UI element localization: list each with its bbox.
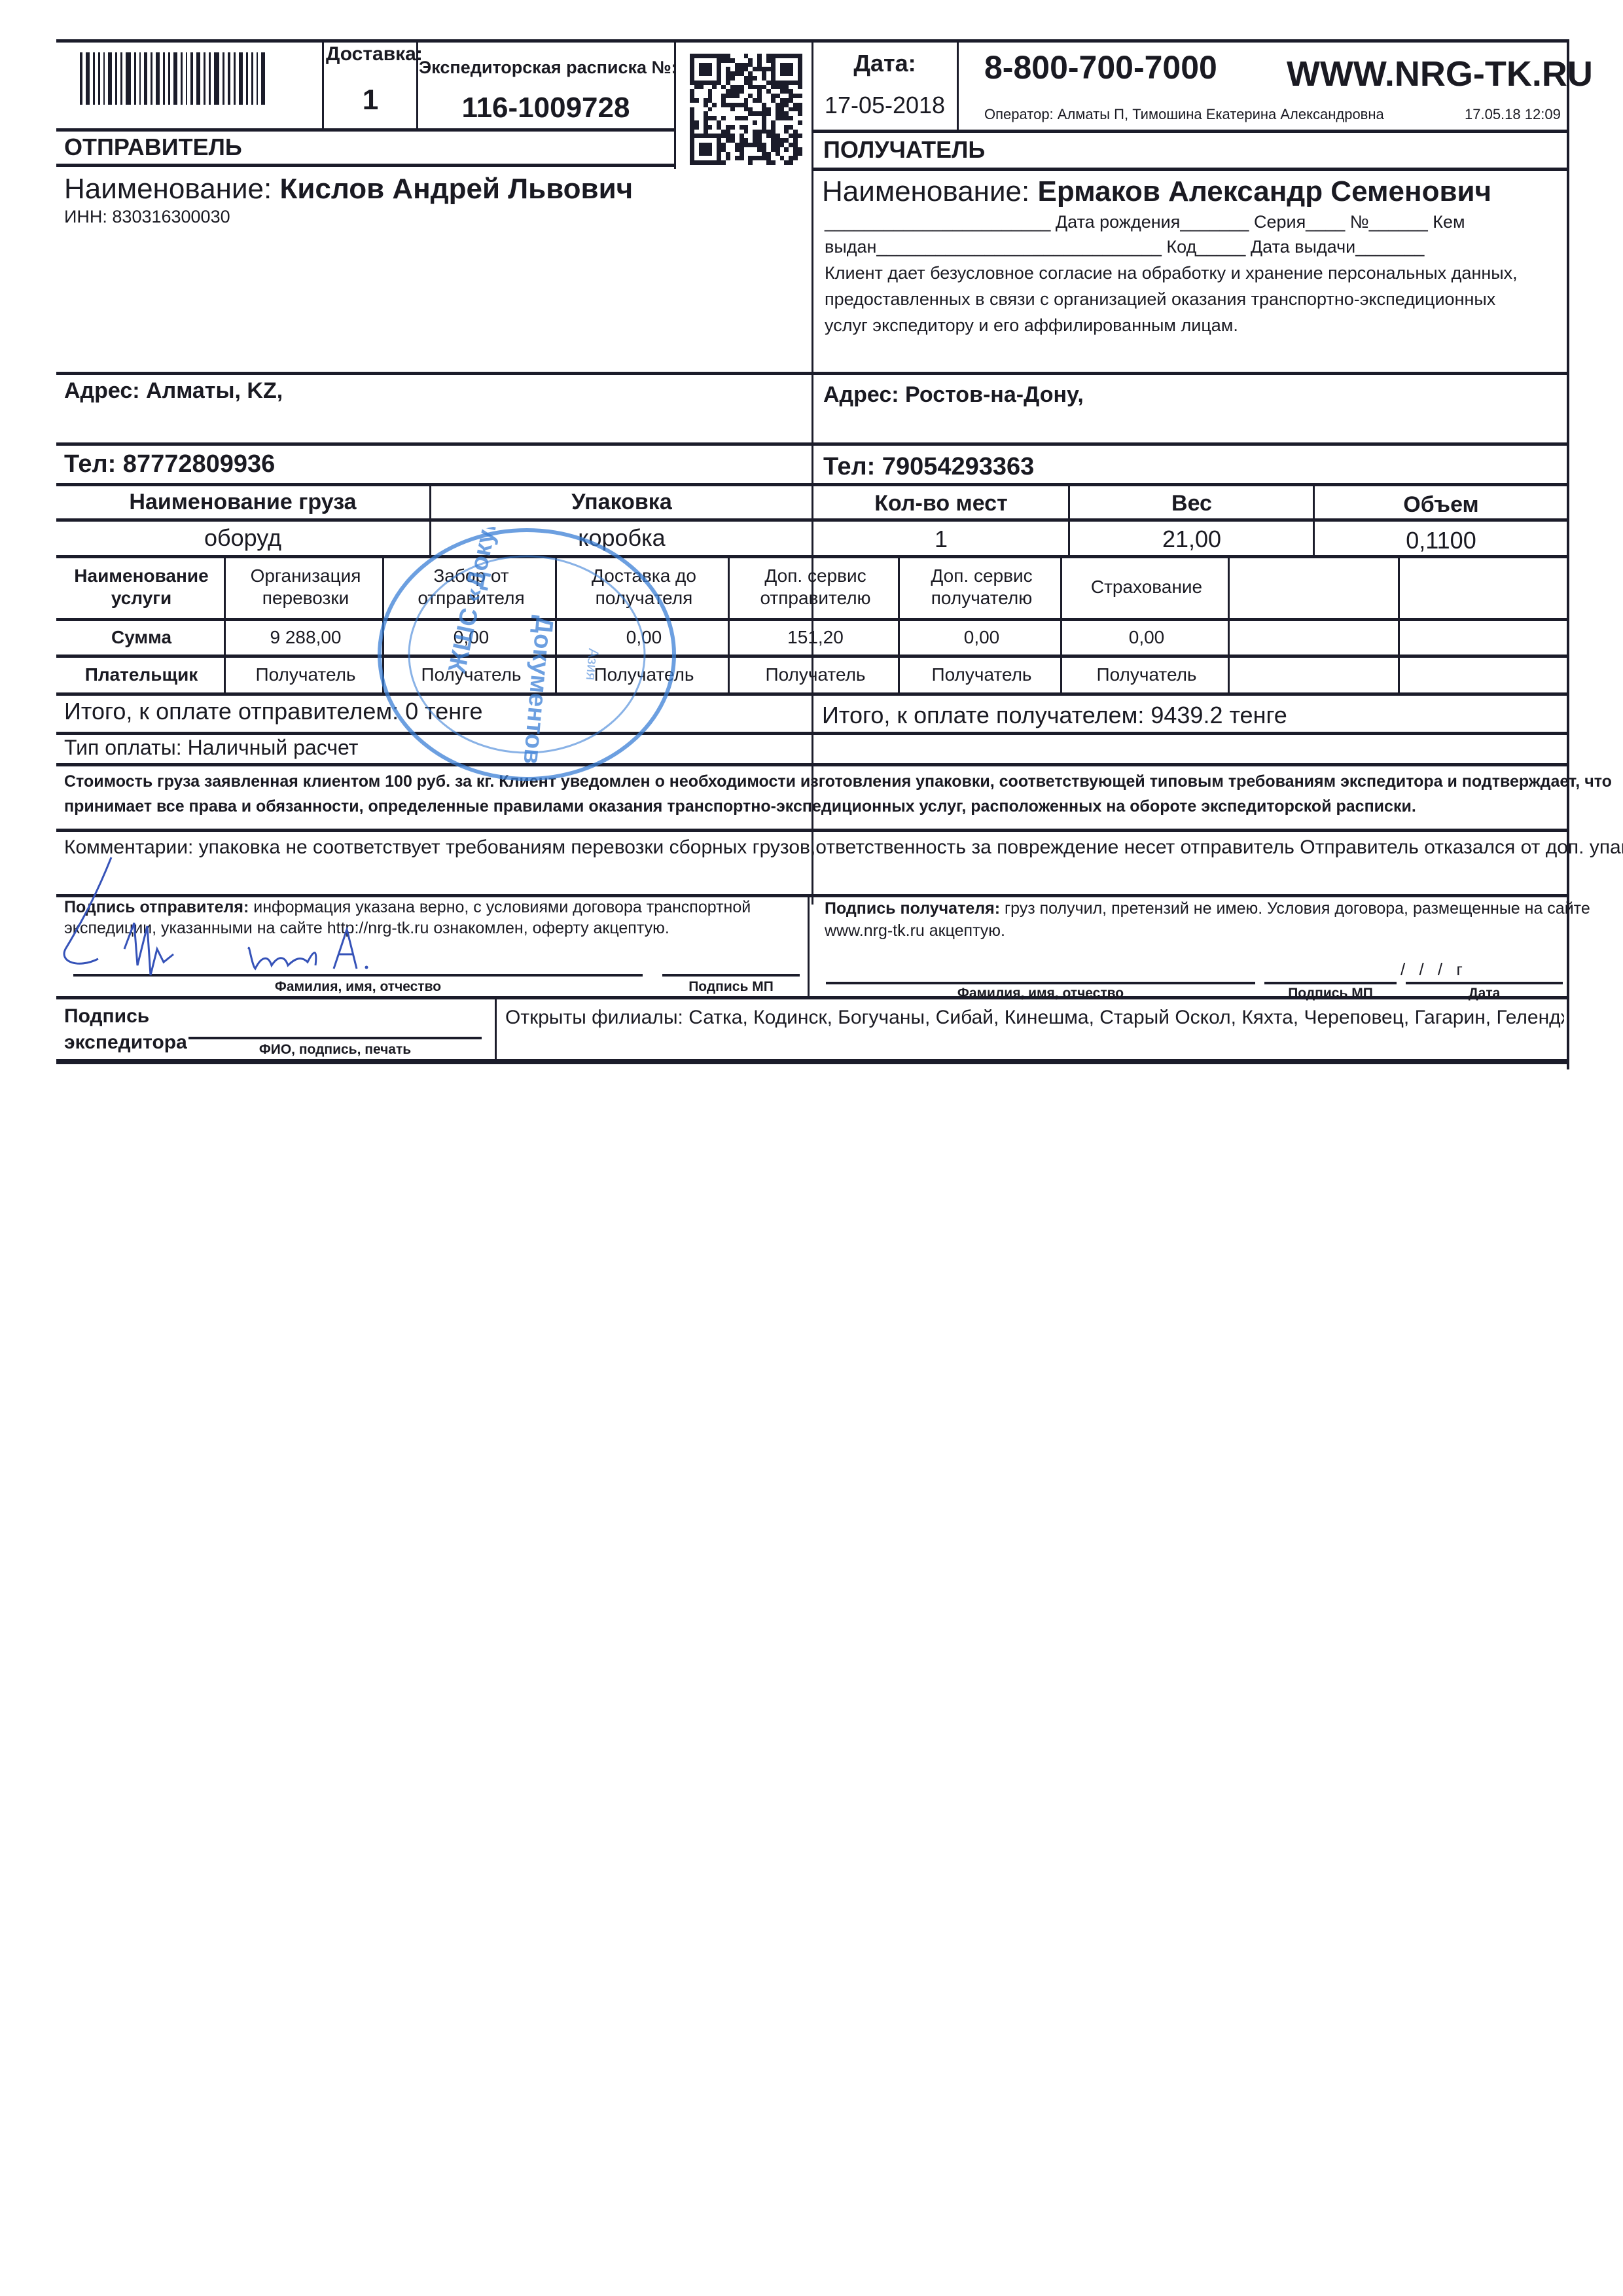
divider [811,130,1569,133]
sender-inn: ИНН: 830316300030 [64,207,230,227]
divider [1060,556,1062,694]
qr-code-icon [690,54,802,165]
services-payer-row-cell: Получатель [903,657,1060,692]
services-amount-row-cell: 0,00 [387,620,555,655]
divider [1398,556,1400,694]
services-payer-row-cell: Получатель [229,657,382,692]
timestamp: 17.05.18 12:09 [1465,106,1561,123]
divider [56,164,675,167]
sender-total: Итого, к оплате отправителем: 0 тенге [64,698,483,725]
receipt-label: Экспедиторская расписка №: [419,58,673,78]
recipient-id-line-2: выдан_____________________________ Код__… [825,237,1424,257]
sender-phone: Тел: 87772809936 [64,450,275,478]
divider [56,128,675,132]
cargo-header-weight: Вес [1071,487,1313,520]
services-headers-cell: Забор от отправителя [387,556,555,618]
consent-line-3: услуг экспедитору и его аффилированным л… [825,315,1238,336]
divider [56,692,1569,696]
notice-line-1: Стоимость груза заявленная клиентом 100 … [64,772,1612,791]
sender-section-title: ОТПРАВИТЕЛЬ [64,134,242,161]
branches-list: Открыты филиалы: Сатка, Кодинск, Богучан… [505,1007,1564,1029]
recipient-signature-text-1: Подпись получателя: груз получил, претен… [825,899,1590,918]
cargo-header-volume: Объем [1315,488,1567,521]
delivery-value: 1 [326,84,415,117]
cargo-header-packaging: Упаковка [432,486,811,518]
services-payer-row-cell [1233,657,1398,692]
sender-address: Адрес: Алматы, KZ, [64,378,283,404]
recipient-stamp-line[interactable] [1264,982,1397,984]
services-headers-cell: Наименование услуги [59,556,224,618]
services-amount-row-cell: Сумма [59,620,224,655]
services-headers-cell: Доставка до получателя [560,556,728,618]
company-website[interactable]: WWW.NRG-TK.RU [1287,54,1593,94]
cargo-value-name: оборуд [56,521,429,555]
divider [56,829,1569,832]
services-headers-cell: Организация перевозки [229,556,382,618]
sender-name-label: Наименование: [64,173,272,205]
divider [1068,484,1070,556]
services-amount-row-cell: 0,00 [903,620,1060,655]
recipient-address: Адрес: Ростов-на-Дону, [823,382,1084,408]
cargo-value-weight: 21,00 [1071,522,1313,556]
receipt-number: 116-1009728 [419,92,673,124]
recipient-name-value: Ермаков Александр Семенович [1037,175,1491,207]
divider [1313,484,1315,556]
cargo-header-places: Кол-во мест [814,487,1068,520]
divider [898,556,900,694]
services-headers-cell: Доп. сервис отправителю [733,556,898,618]
recipient-date-line[interactable] [1406,982,1563,984]
sender-name-value: Кислов Андрей Львович [279,173,633,205]
divider [382,556,384,694]
divider [808,895,810,997]
recipient-total: Итого, к оплате получателем: 9439.2 тенг… [822,702,1287,729]
date-value: 17-05-2018 [814,92,955,119]
services-headers-cell [1233,556,1398,618]
cargo-value-packaging: коробка [432,521,811,555]
recipient-date-caption: Дата [1406,986,1563,1001]
recipient-id-line-1: _______________________ Дата рождения___… [825,212,1465,232]
handwritten-signature-icon [59,851,452,1008]
services-amount-row-cell [1403,620,1564,655]
services-amount-row-cell: 9 288,00 [229,620,382,655]
divider [56,732,1569,735]
consent-line-2: предоставленных в связи с организацией о… [825,289,1495,310]
services-payer-row-cell: Плательщик [59,657,224,692]
cargo-value-volume: 0,1100 [1315,524,1567,558]
divider [495,997,497,1060]
recipient-date-template: / / / г [1400,960,1463,980]
forwarder-signature-line[interactable] [188,1037,482,1039]
services-amount-row-cell: 151,20 [733,620,898,655]
recipient-signature-title: Подпись получателя: [825,899,1000,918]
divider [1228,556,1230,694]
operator: Оператор: Алматы П, Тимошина Екатерина А… [984,106,1384,123]
services-payer-row-cell [1403,657,1564,692]
cargo-value-places: 1 [814,522,1068,556]
divider [322,41,324,130]
services-amount-row-cell: 0,00 [1065,620,1228,655]
divider [56,763,1569,766]
recipient-phone: Тел: 79054293363 [823,453,1034,481]
date-label: Дата: [814,50,955,77]
divider [429,484,431,556]
recipient-name: Наименование: Ермаков Александр Семенови… [822,175,1491,208]
divider [728,556,730,694]
services-payer-row-cell: Получатель [387,657,555,692]
services-payer-row-cell: Получатель [733,657,898,692]
recipient-name-label: Наименование: [822,175,1029,207]
services-payer-row-cell: Получатель [1065,657,1228,692]
divider [56,372,1569,375]
forwarder-label-line-1: Подпись [64,1005,149,1028]
services-headers-cell [1403,556,1564,618]
recipient-section-title: ПОЛУЧАТЕЛЬ [823,136,985,164]
sender-name: Наименование: Кислов Андрей Львович [64,173,633,206]
divider [957,41,959,130]
services-headers-cell: Доп. сервис получателю [903,556,1060,618]
divider [811,168,1569,171]
delivery-label: Доставка: [326,43,423,65]
recipient-signature-body: груз получил, претензий не имею. Условия… [1000,899,1590,918]
cargo-header-name: Наименование груза [56,486,429,518]
sender-stamp-caption: Подпись МП [662,979,800,995]
divider [555,556,557,694]
frame-bottom [56,1059,1569,1064]
services-payer-row-cell: Получатель [560,657,728,692]
consent-line-1: Клиент дает безусловное согласие на обра… [825,263,1518,283]
services-amount-row-cell [1233,620,1398,655]
services-headers-cell: Страхование [1065,556,1228,618]
divider [56,442,1569,446]
company-phone: 8-800-700-7000 [984,48,1217,86]
forwarder-label-line-2: экспедитора [64,1031,187,1054]
forwarder-caption: ФИО, подпись, печать [188,1042,482,1058]
divider [224,556,226,694]
payment-type: Тип оплаты: Наличный расчет [64,736,358,760]
recipient-fio-caption: Фамилия, имя, отчество [826,986,1255,1001]
recipient-signature-text-2: www.nrg-tk.ru акцептую. [825,922,1005,941]
services-amount-row-cell: 0,00 [560,620,728,655]
barcode-icon [80,52,276,105]
recipient-stamp-caption: Подпись МП [1264,986,1397,1001]
sender-stamp-line[interactable] [662,974,800,977]
recipient-fio-line[interactable] [826,982,1255,984]
notice-line-2: принимает все права и обязанности, опред… [64,797,1416,816]
